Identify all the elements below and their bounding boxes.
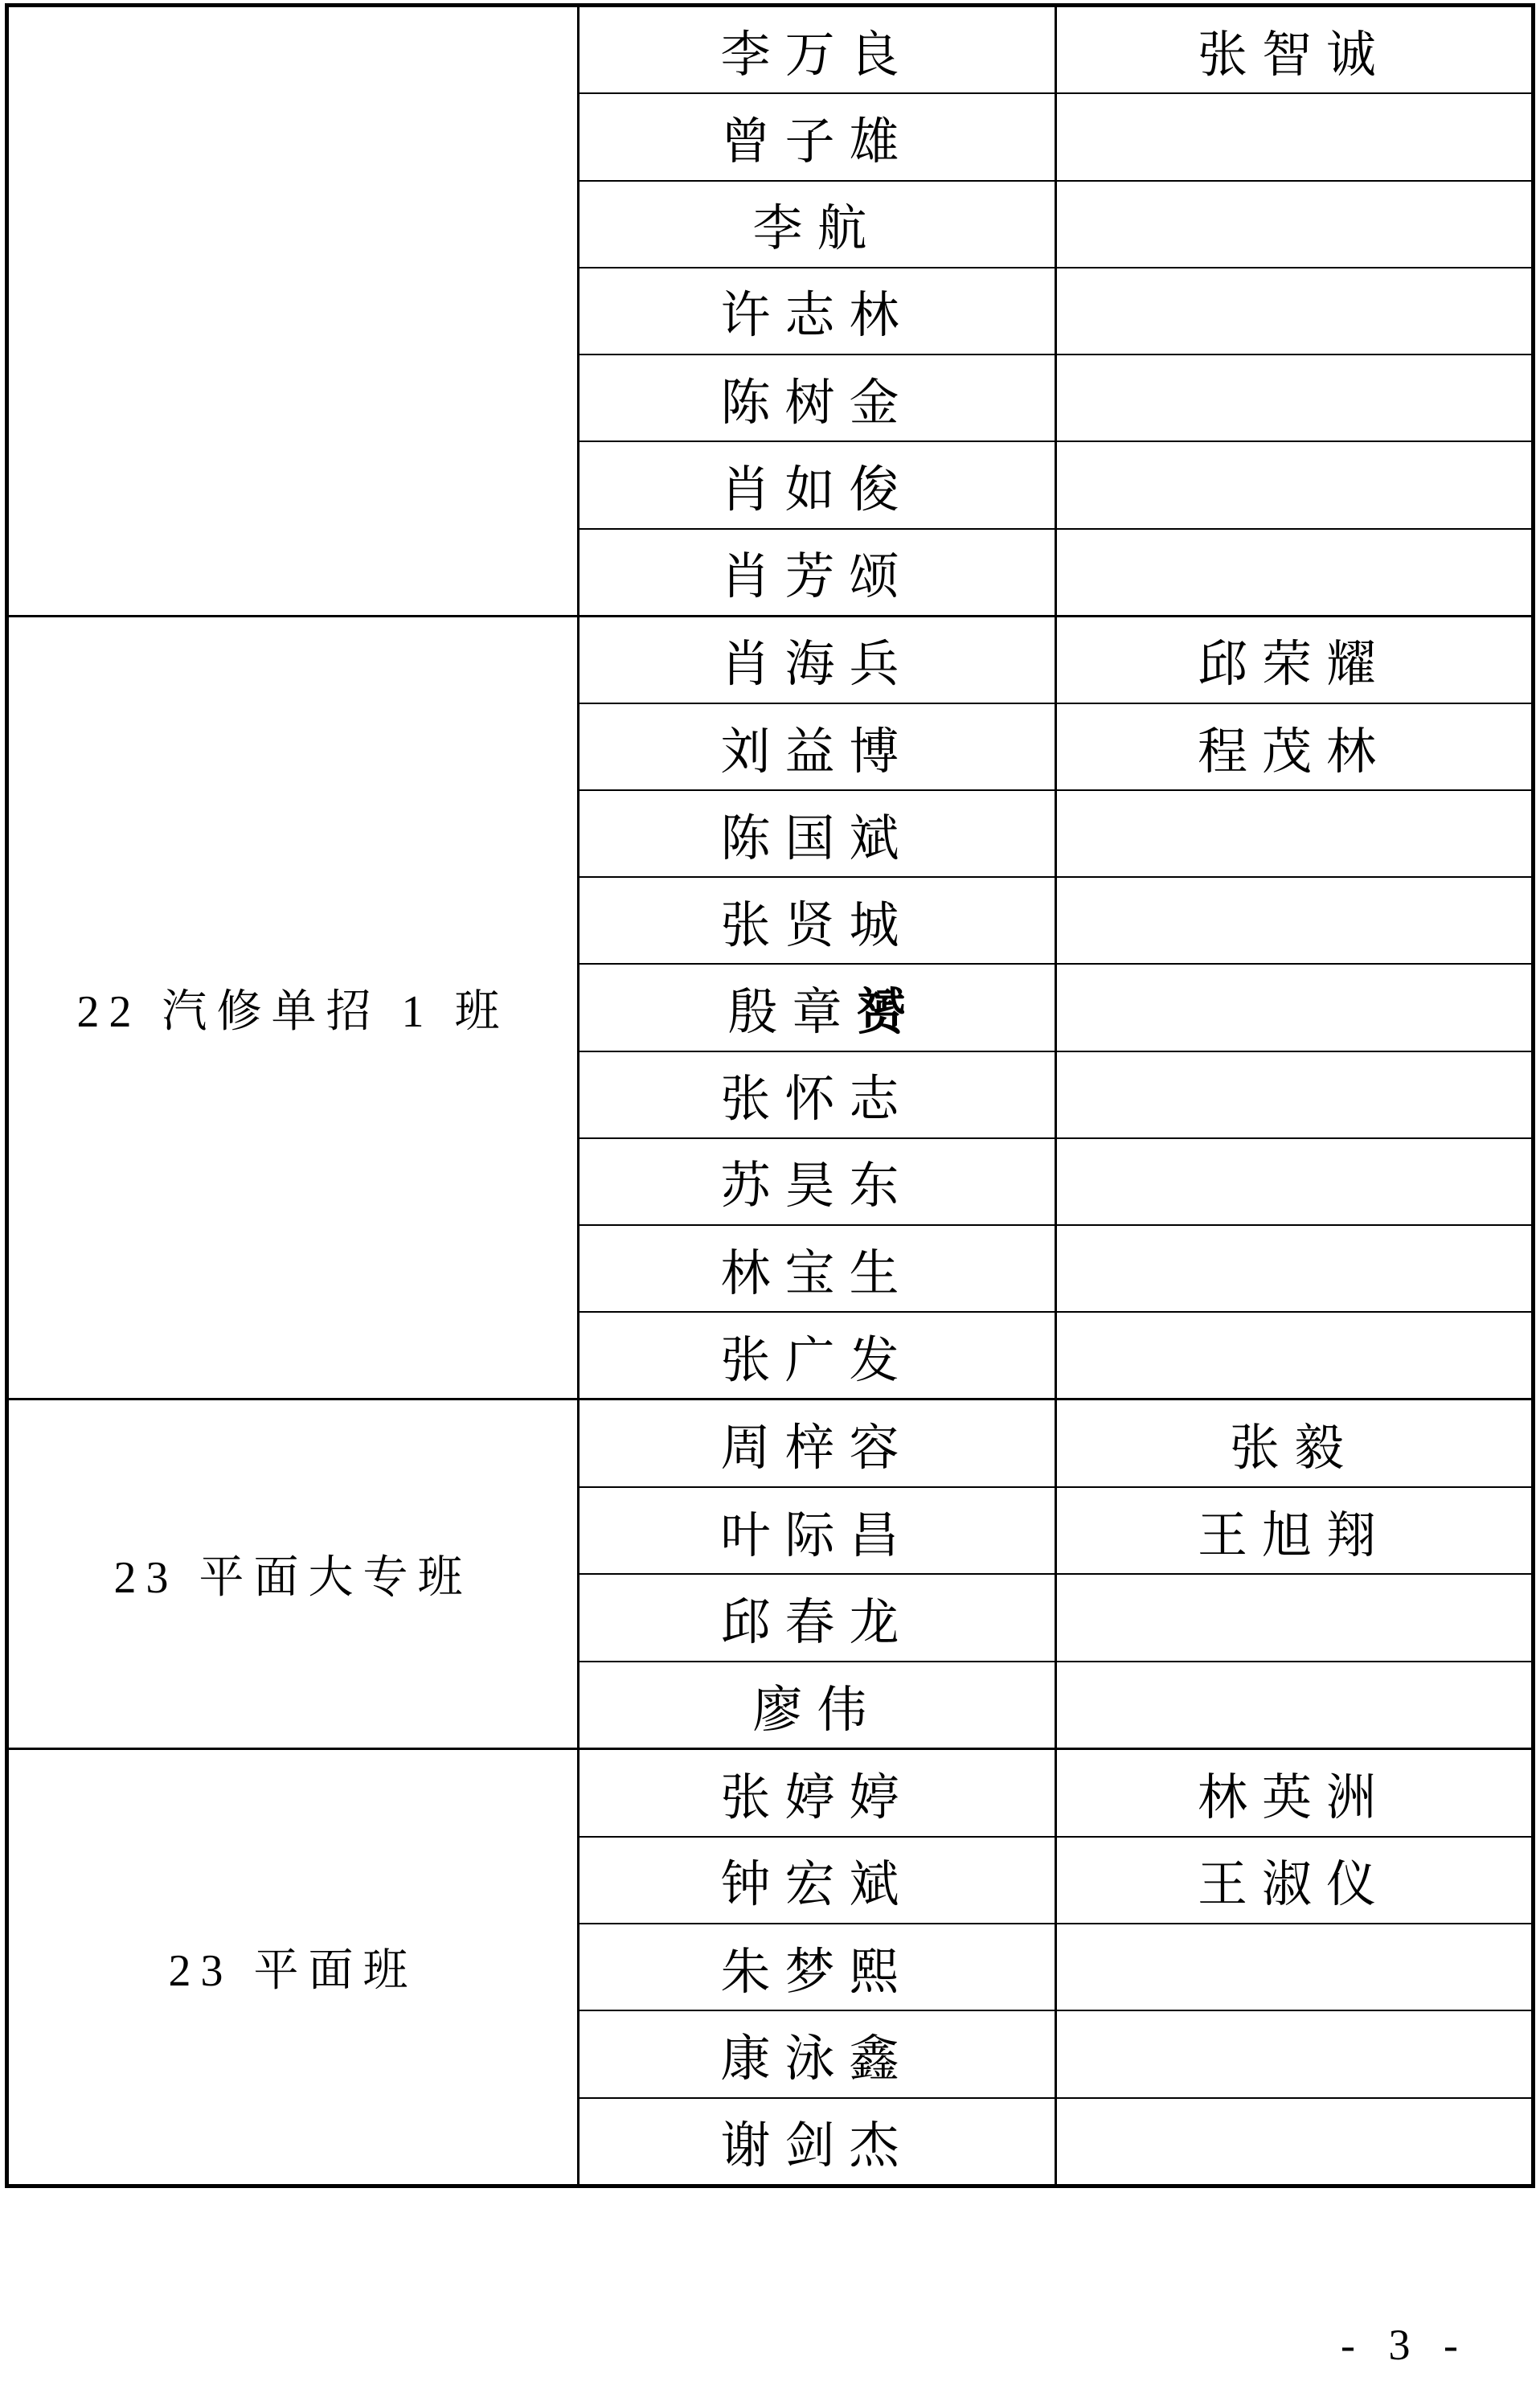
- second-name-column: 张毅 王旭翔: [1057, 1400, 1531, 1748]
- student-name-cell: 曾子雄: [580, 94, 1055, 181]
- class-name-cell: 23 平面班: [9, 1750, 580, 2184]
- student-column: 周梓容 叶际昌 邱春龙 廖伟: [580, 1400, 1057, 1748]
- student-name-cell: 肖如俊: [580, 442, 1055, 529]
- student-name-cell: 朱梦熙: [580, 1924, 1055, 2011]
- student-name-cell: 张婷婷: [580, 1750, 1055, 1837]
- col3-name-cell: [1057, 965, 1531, 1051]
- document-page: 李万良 曾子雄 李航 许志林 陈树金 肖如俊 肖芳颂 张智诚 22 汽修单招 1…: [0, 0, 1540, 2381]
- student-name-cell: 邱春龙: [580, 1575, 1055, 1662]
- student-name-cell: 林宝生: [580, 1226, 1055, 1313]
- student-name-cell: 周梓容: [580, 1400, 1055, 1487]
- student-name-cell: 刘益博: [580, 704, 1055, 791]
- roster-table: 李万良 曾子雄 李航 许志林 陈树金 肖如俊 肖芳颂 张智诚 22 汽修单招 1…: [5, 3, 1535, 2188]
- col3-name-cell: 林英洲: [1057, 1750, 1531, 1837]
- class-section: 22 汽修单招 1 班 肖海兵 刘益博 陈国斌 张贤城 殷章赟 张怀志 苏昊东 …: [9, 617, 1531, 1401]
- student-name-cell: 陈树金: [580, 355, 1055, 442]
- col3-name-cell: [1057, 791, 1531, 878]
- col3-name-cell: [1057, 2011, 1531, 2098]
- col3-name-cell: [1057, 1924, 1531, 2011]
- student-name-cell: 康泳鑫: [580, 2011, 1055, 2098]
- col3-name-cell: 邱荣耀: [1057, 617, 1531, 704]
- student-name-cell: 钟宏斌: [580, 1838, 1055, 1924]
- col3-name-cell: [1057, 1313, 1531, 1398]
- col3-name-cell: [1057, 355, 1531, 442]
- col3-name-cell: 王淑仪: [1057, 1838, 1531, 1924]
- second-name-column: 邱荣耀 程茂林: [1057, 617, 1531, 1399]
- class-name-cell: 23 平面大专班: [9, 1400, 580, 1748]
- class-section: 23 平面班 张婷婷 钟宏斌 朱梦熙 康泳鑫 谢剑杰 林英洲 王淑仪: [9, 1750, 1531, 2184]
- student-name-cell: 张贤城: [580, 878, 1055, 965]
- col3-name-cell: [1057, 268, 1531, 355]
- col3-name-cell: [1057, 94, 1531, 181]
- class-name-cell: [9, 7, 580, 615]
- col3-name-cell: 程茂林: [1057, 704, 1531, 791]
- col3-name-cell: [1057, 1139, 1531, 1226]
- student-name-cell: 李航: [580, 182, 1055, 268]
- student-name-cell: 谢剑杰: [580, 2099, 1055, 2184]
- student-name-cell: 许志林: [580, 268, 1055, 355]
- col3-name-cell: [1057, 1662, 1531, 1748]
- class-name-cell: 22 汽修单招 1 班: [9, 617, 580, 1399]
- col3-name-cell: [1057, 442, 1531, 529]
- col3-name-cell: [1057, 1575, 1531, 1662]
- student-name-cell: 张广发: [580, 1313, 1055, 1398]
- col3-name-cell: 张毅: [1057, 1400, 1531, 1487]
- col3-name-cell: 张智诚: [1057, 7, 1531, 94]
- student-name-cell: 廖伟: [580, 1662, 1055, 1748]
- student-name-cell: 肖芳颂: [580, 530, 1055, 615]
- col3-name-cell: [1057, 1226, 1531, 1313]
- student-name-cell: 叶际昌: [580, 1488, 1055, 1575]
- page-number: - 3 -: [1341, 2320, 1469, 2370]
- student-name-cell: 苏昊东: [580, 1139, 1055, 1226]
- col3-name-cell: [1057, 2099, 1531, 2184]
- student-name-cell: 殷章赟: [580, 965, 1055, 1051]
- col3-name-cell: [1057, 182, 1531, 268]
- col3-name-cell: [1057, 530, 1531, 615]
- col3-name-cell: 王旭翔: [1057, 1488, 1531, 1575]
- student-name-cell: 张怀志: [580, 1052, 1055, 1139]
- col3-name-cell: [1057, 1052, 1531, 1139]
- student-column: 李万良 曾子雄 李航 许志林 陈树金 肖如俊 肖芳颂: [580, 7, 1057, 615]
- student-name-cell: 陈国斌: [580, 791, 1055, 878]
- second-name-column: 林英洲 王淑仪: [1057, 1750, 1531, 2184]
- second-name-column: 张智诚: [1057, 7, 1531, 615]
- class-section: 23 平面大专班 周梓容 叶际昌 邱春龙 廖伟 张毅 王旭翔: [9, 1400, 1531, 1750]
- student-column: 肖海兵 刘益博 陈国斌 张贤城 殷章赟 张怀志 苏昊东 林宝生 张广发: [580, 617, 1057, 1399]
- student-name-cell: 李万良: [580, 7, 1055, 94]
- student-column: 张婷婷 钟宏斌 朱梦熙 康泳鑫 谢剑杰: [580, 1750, 1057, 2184]
- student-name-cell: 肖海兵: [580, 617, 1055, 704]
- class-section: 李万良 曾子雄 李航 许志林 陈树金 肖如俊 肖芳颂 张智诚: [9, 7, 1531, 617]
- col3-name-cell: [1057, 878, 1531, 965]
